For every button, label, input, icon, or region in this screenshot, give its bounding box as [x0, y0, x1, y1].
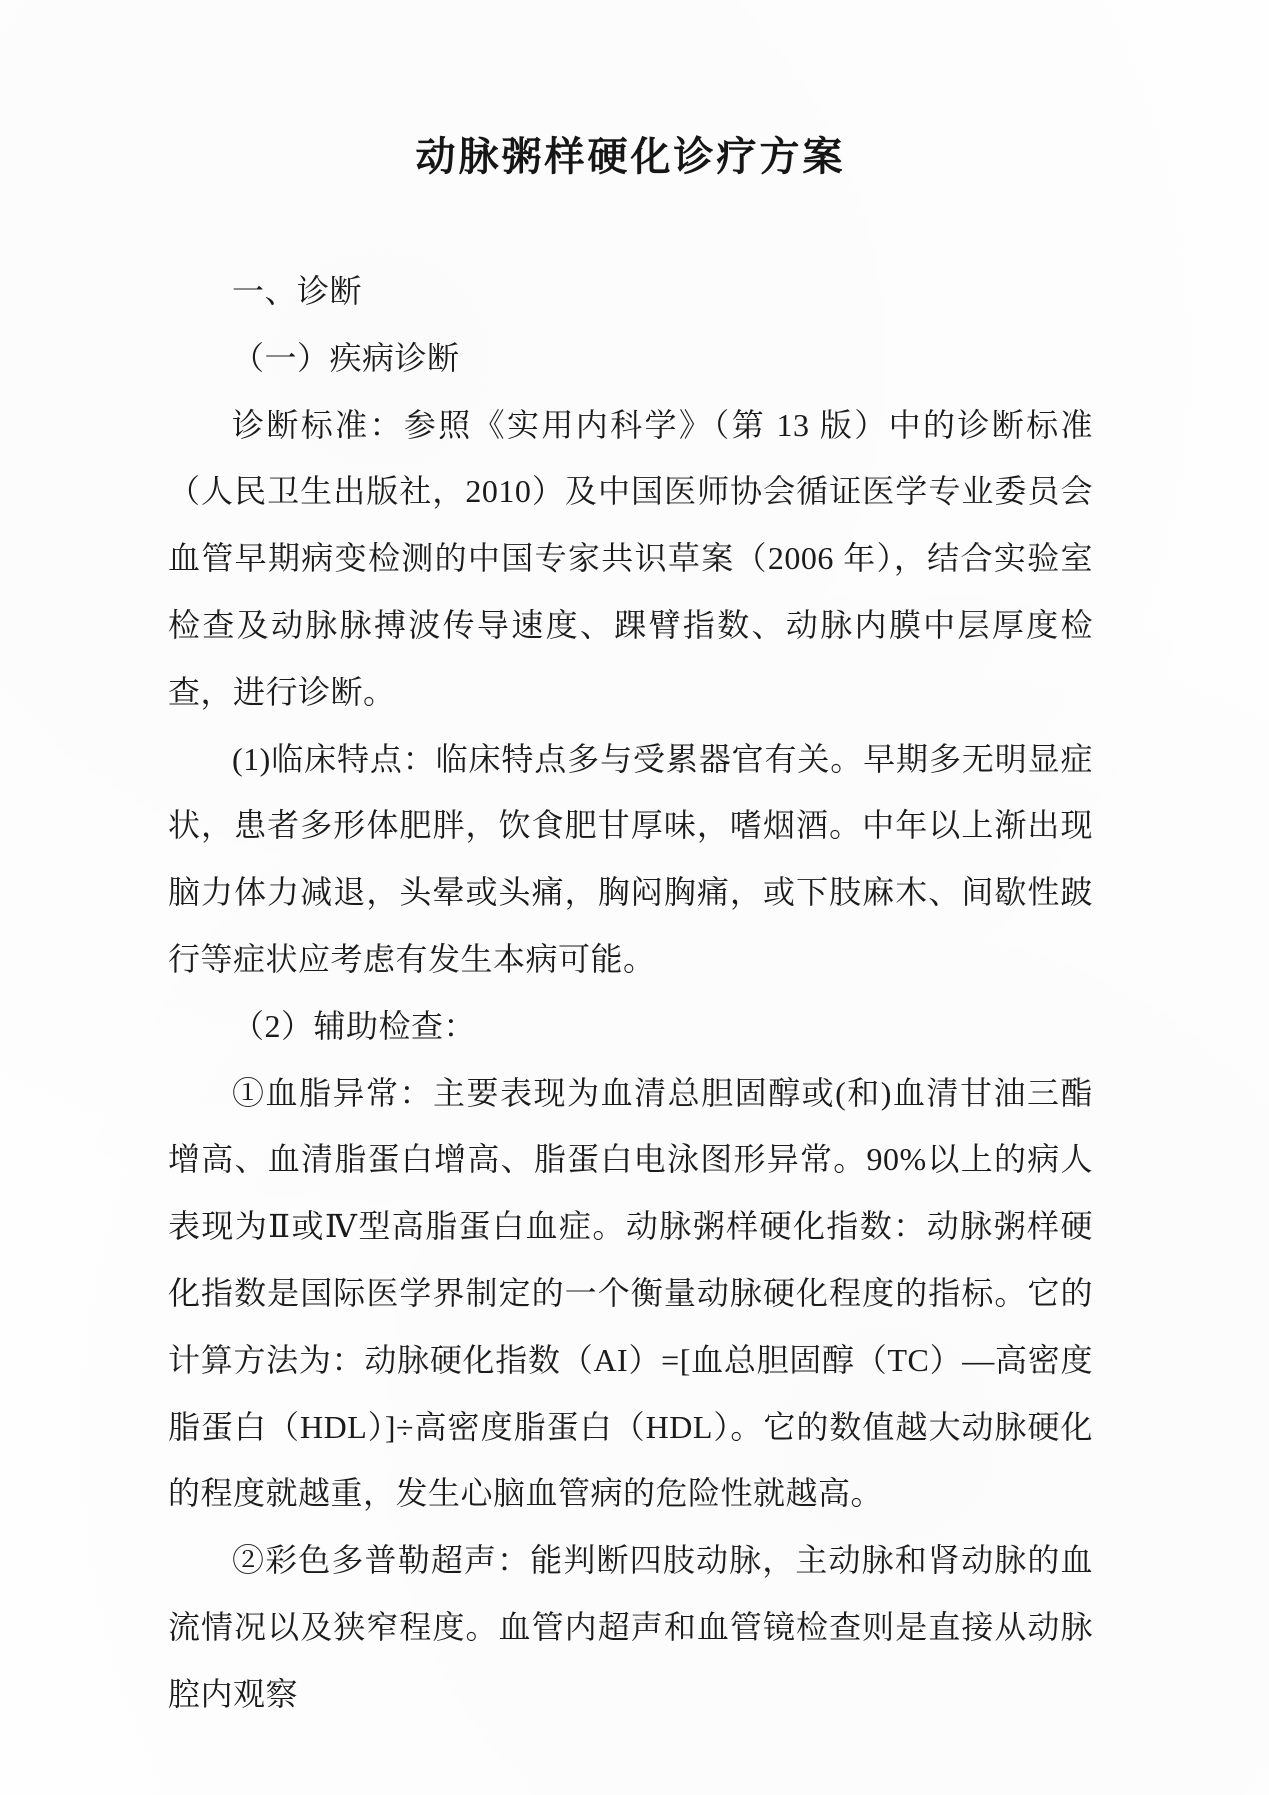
- paragraph-diagnostic-criteria: 诊断标准：参照《实用内科学》（第 13 版）中的诊断标准（人民卫生出版社，201…: [168, 392, 1093, 726]
- document-page: 动脉粥样硬化诊疗方案 一、诊断 （一）疾病诊断 诊断标准：参照《实用内科学》（第…: [0, 0, 1269, 1795]
- paragraph-dyslipidemia: ①血脂异常：主要表现为血清总胆固醇或(和)血清甘油三酯增高、血清脂蛋白增高、脂蛋…: [168, 1060, 1093, 1528]
- paragraph-color-doppler-ultrasound: ②彩色多普勒超声：能判断四肢动脉，主动脉和肾动脉的血流情况以及狭窄程度。血管内超…: [168, 1527, 1093, 1727]
- section-heading-diagnosis: 一、诊断: [168, 258, 1093, 325]
- subsection-heading-disease-diagnosis: （一）疾病诊断: [168, 325, 1093, 392]
- subsection-heading-auxiliary-examination: （2）辅助检查：: [168, 993, 1093, 1060]
- document-body: 一、诊断 （一）疾病诊断 诊断标准：参照《实用内科学》（第 13 版）中的诊断标…: [168, 258, 1093, 1728]
- paragraph-clinical-features: (1)临床特点：临床特点多与受累器官有关。早期多无明显症状，患者多形体肥胖，饮食…: [168, 726, 1093, 993]
- document-content: 动脉粥样硬化诊疗方案 一、诊断 （一）疾病诊断 诊断标准：参照《实用内科学》（第…: [0, 0, 1269, 1728]
- document-title: 动脉粥样硬化诊疗方案: [168, 128, 1093, 186]
